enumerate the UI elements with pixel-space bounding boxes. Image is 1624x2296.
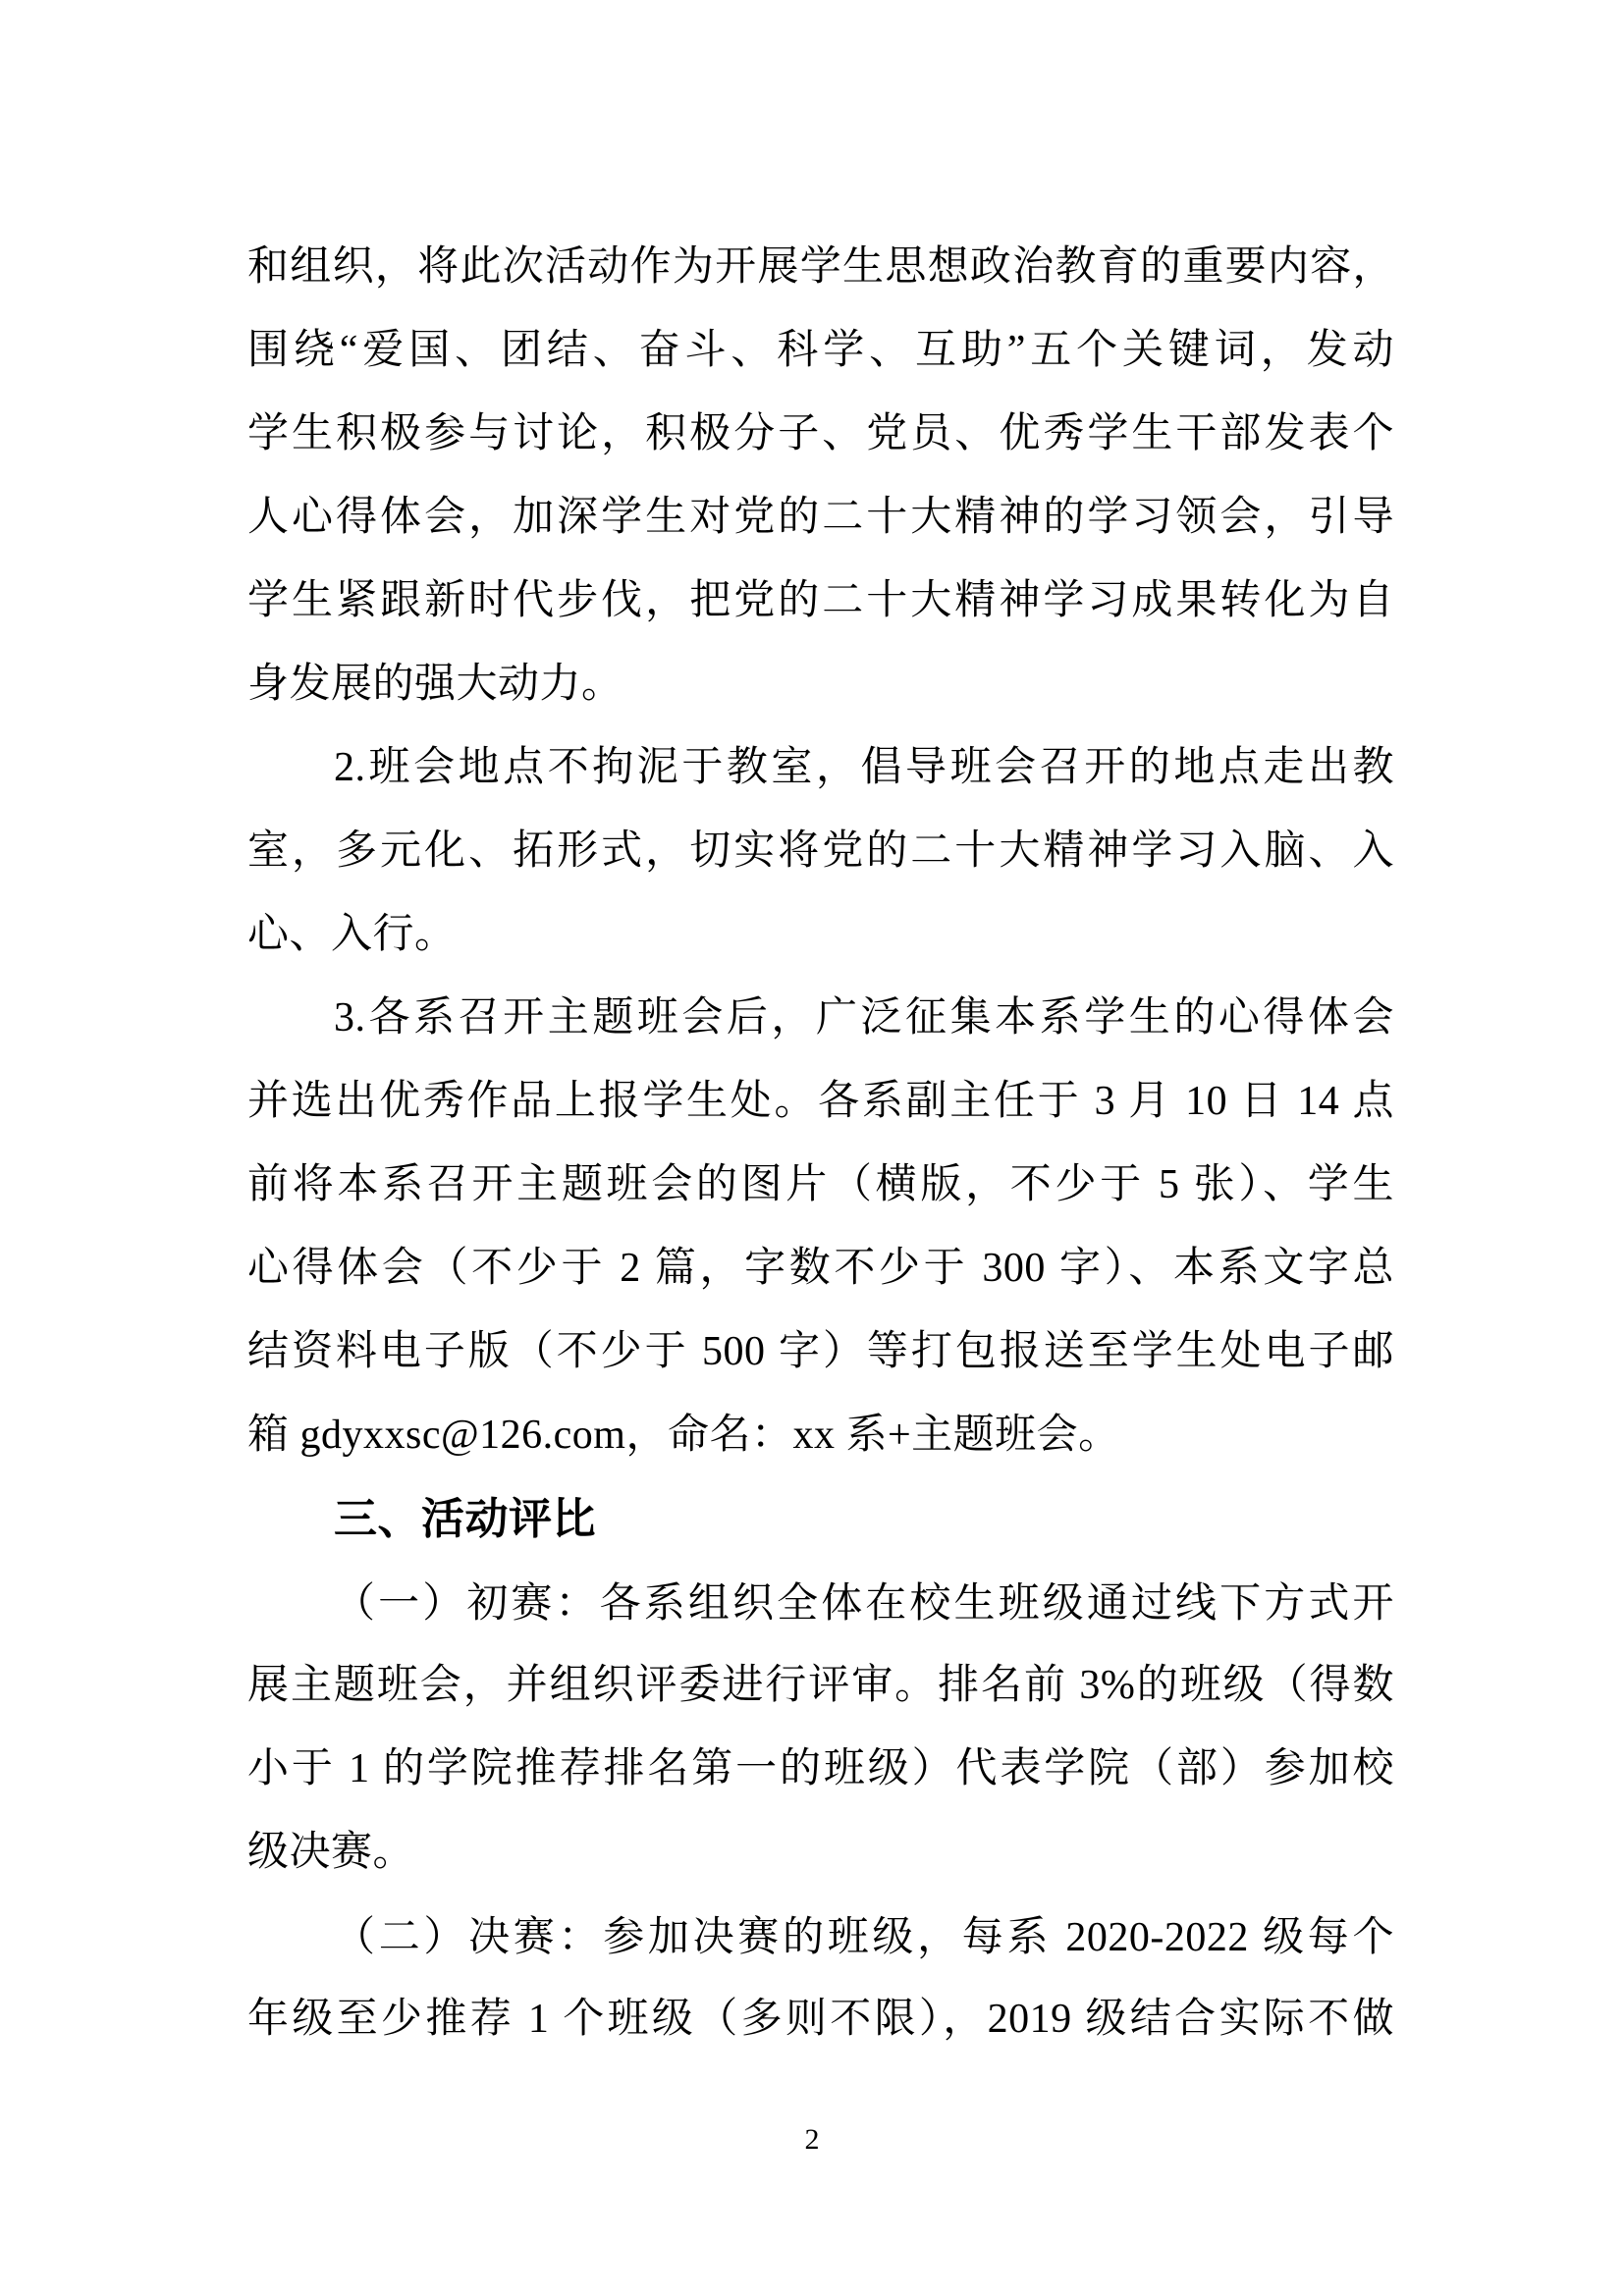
- text-line: 小于 1 的学院推荐排名第一的班级）代表学院（部）参加校: [247, 1728, 1394, 1811]
- text-run: 和组织，将此次活动作为开展学生思想政治教育的重要内容，: [247, 244, 1394, 290]
- text-run: 展主题班会，并组织评委进行评审。排名前 3%的班级（得数: [247, 1663, 1394, 1708]
- page-footer: 2: [0, 2120, 1624, 2160]
- text-run: 学生积极参与讨论，积极分子、党员、优秀学生干部发表个: [247, 411, 1394, 456]
- lead-in-label: （二）决赛：: [334, 1912, 603, 1960]
- text-line: 结资料电子版（不少于 500 字）等打包报送至学生处电子邮: [247, 1310, 1394, 1394]
- text-run: 身发展的强大动力。: [247, 662, 623, 707]
- text-line: 级决赛。: [247, 1811, 1394, 1895]
- text-run: 学生紧跟新时代步伐，把党的二十大精神学习成果转化为自: [247, 578, 1394, 623]
- text-run: 心、入行。: [247, 912, 457, 957]
- text-line: 箱 gdyxxsc@126.com，命名：xx 系+主题班会。: [247, 1394, 1394, 1477]
- text-line: 前将本系召开主题班会的图片（横版，不少于 5 张）、学生: [247, 1144, 1394, 1227]
- document-text-block: 和组织，将此次活动作为开展学生思想政治教育的重要内容，围绕“爱国、团结、奋斗、科…: [247, 226, 1394, 2061]
- text-line: 心得体会（不少于 2 篇，字数不少于 300 字）、本系文字总: [247, 1227, 1394, 1310]
- lead-in-label: （一）初赛：: [334, 1578, 600, 1627]
- text-run: 心得体会（不少于 2 篇，字数不少于 300 字）、本系文字总: [247, 1246, 1394, 1291]
- text-run: 小于 1 的学院推荐排名第一的班级）代表学院（部）参加校: [247, 1746, 1394, 1791]
- text-line: 心、入行。: [247, 893, 1394, 977]
- text-line: 室，多元化、拓形式，切实将党的二十大精神学习入脑、入: [247, 810, 1394, 893]
- text-line: 和组织，将此次活动作为开展学生思想政治教育的重要内容，: [247, 226, 1394, 309]
- text-line: （二）决赛：参加决赛的班级，每系 2020-2022 级每个: [247, 1895, 1394, 1978]
- text-line: 并选出优秀作品上报学生处。各系副主任于 3 月 10 日 14 点: [247, 1060, 1394, 1144]
- text-run: 参加决赛的班级，每系 2020-2022 级每个: [603, 1915, 1394, 1960]
- document-page: 和组织，将此次活动作为开展学生思想政治教育的重要内容，围绕“爱国、团结、奋斗、科…: [0, 0, 1624, 2296]
- text-run: 2.班会地点不拘泥于教室，倡导班会召开的地点走出教: [334, 745, 1394, 790]
- text-line: 3.各系召开主题班会后，广泛征集本系学生的心得体会: [247, 977, 1394, 1060]
- text-run: 室，多元化、拓形式，切实将党的二十大精神学习入脑、入: [247, 828, 1394, 874]
- text-line: 身发展的强大动力。: [247, 643, 1394, 726]
- heading-text: 三、活动评比: [334, 1495, 596, 1543]
- text-run: 围绕“爱国、团结、奋斗、科学、互助”五个关键词，发动: [247, 328, 1394, 373]
- text-run: 前将本系召开主题班会的图片（横版，不少于 5 张）、学生: [247, 1162, 1394, 1207]
- text-run: 级决赛。: [247, 1830, 414, 1875]
- text-run: 3.各系召开主题班会后，广泛征集本系学生的心得体会: [334, 995, 1394, 1041]
- text-run: 并选出优秀作品上报学生处。各系副主任于 3 月 10 日 14 点: [247, 1079, 1394, 1124]
- text-run: 各系组织全体在校生班级通过线下方式开: [600, 1581, 1394, 1627]
- text-line: 学生积极参与讨论，积极分子、党员、优秀学生干部发表个: [247, 393, 1394, 476]
- text-line: 展主题班会，并组织评委进行评审。排名前 3%的班级（得数: [247, 1644, 1394, 1728]
- text-run: 年级至少推荐 1 个班级（多则不限），2019 级结合实际不做: [247, 1997, 1394, 2042]
- section-heading: 三、活动评比: [247, 1477, 1394, 1561]
- text-run: 箱 gdyxxsc@126.com，命名：xx 系+主题班会。: [247, 1413, 1120, 1458]
- text-run: 结资料电子版（不少于 500 字）等打包报送至学生处电子邮: [247, 1329, 1394, 1374]
- text-line: 2.班会地点不拘泥于教室，倡导班会召开的地点走出教: [247, 726, 1394, 810]
- text-line: 年级至少推荐 1 个班级（多则不限），2019 级结合实际不做: [247, 1978, 1394, 2061]
- page-number: 2: [805, 2123, 820, 2156]
- text-line: （一）初赛：各系组织全体在校生班级通过线下方式开: [247, 1561, 1394, 1644]
- text-line: 围绕“爱国、团结、奋斗、科学、互助”五个关键词，发动: [247, 309, 1394, 393]
- text-line: 学生紧跟新时代步伐，把党的二十大精神学习成果转化为自: [247, 560, 1394, 643]
- text-run: 人心得体会，加深学生对党的二十大精神的学习领会，引导: [247, 495, 1394, 540]
- text-line: 人心得体会，加深学生对党的二十大精神的学习领会，引导: [247, 476, 1394, 560]
